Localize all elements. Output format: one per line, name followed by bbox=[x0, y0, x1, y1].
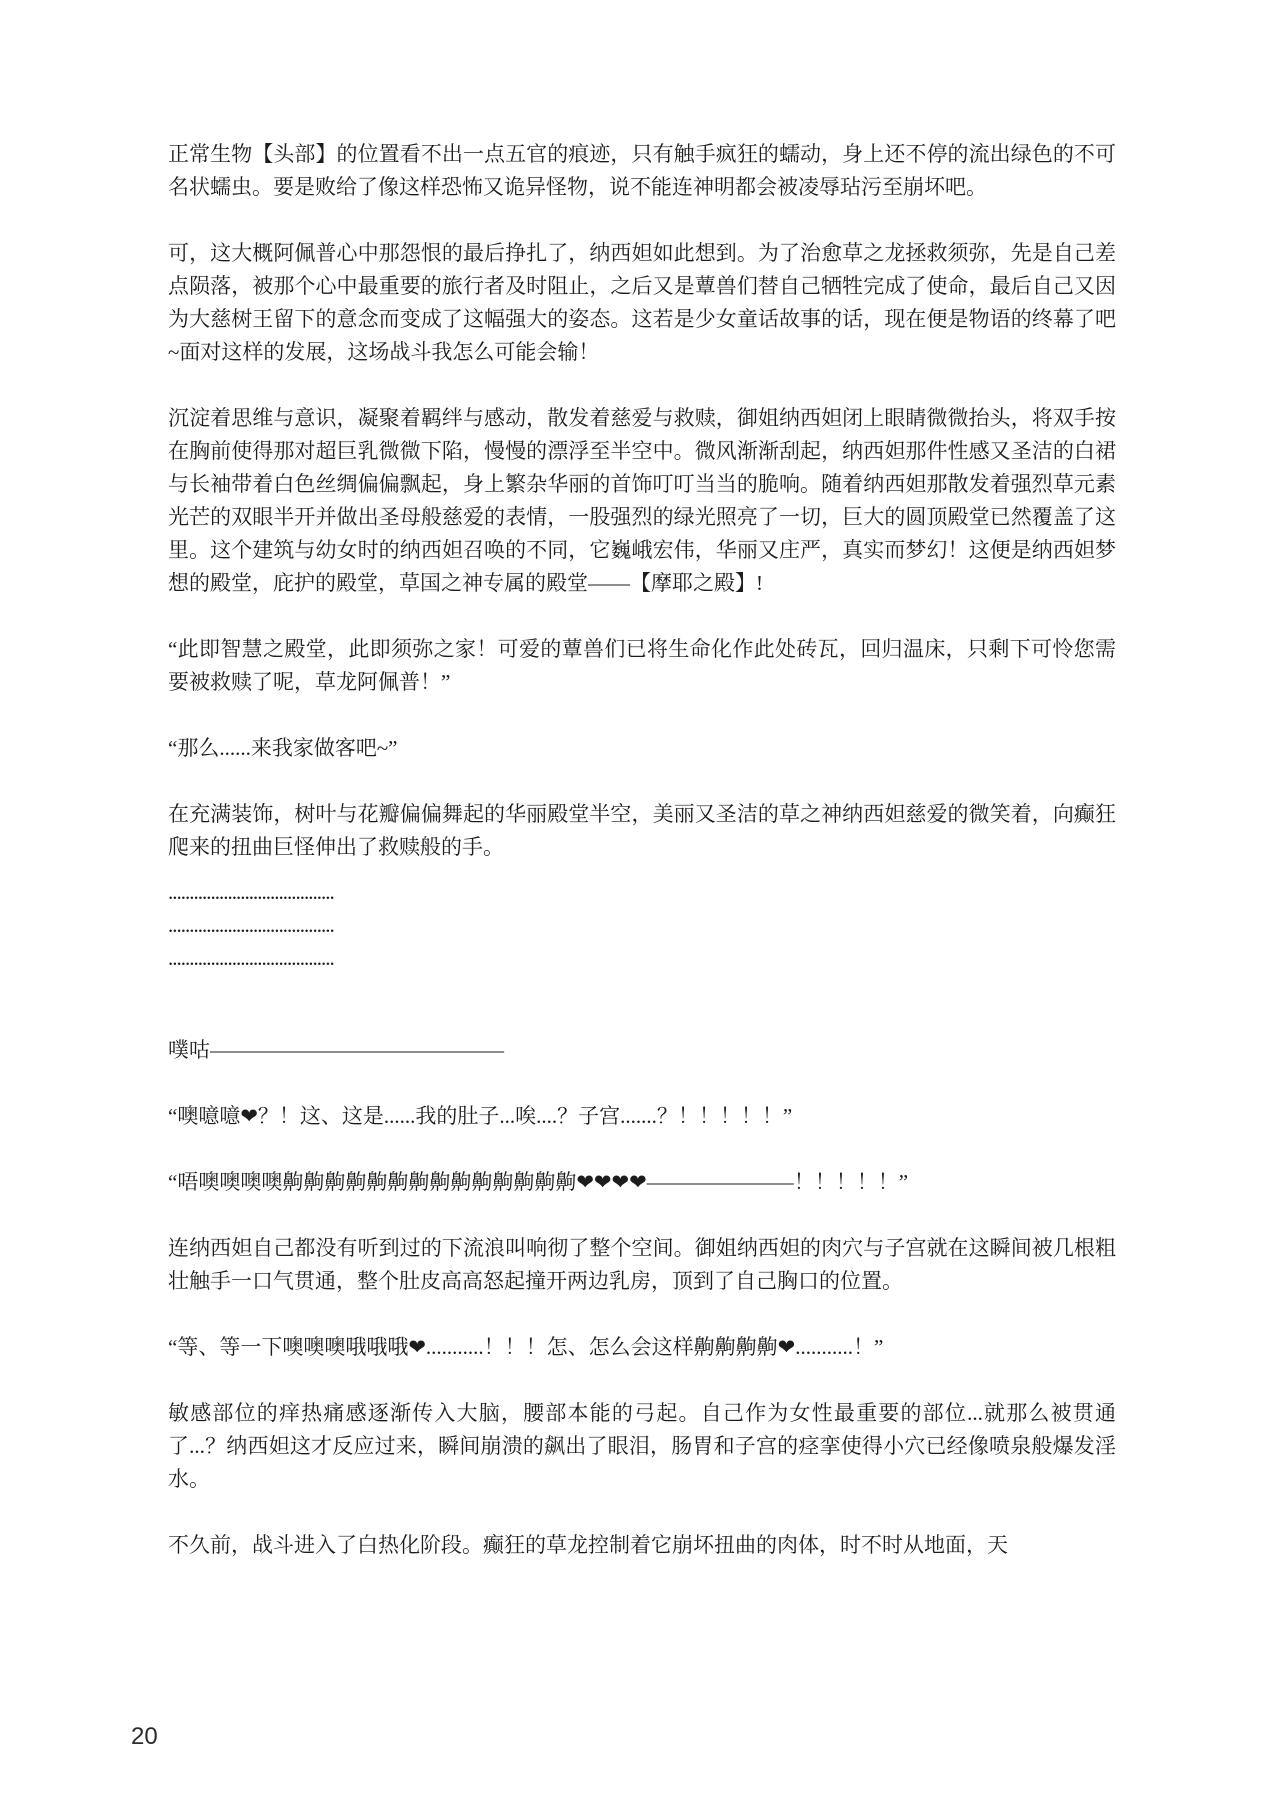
paragraph: “噢噫噫❤？！这、这是......我的肚子...唉....？子宫.......？… bbox=[168, 1100, 1116, 1133]
paragraph: “等、等一下噢噢噢哦哦哦❤...........！！！怎、怎么会这样齁齁齁齁❤.… bbox=[168, 1331, 1116, 1364]
paragraph: 连纳西妲自己都没有听到过的下流浪叫响彻了整个空间。御姐纳西妲的肉穴与子宫就在这瞬… bbox=[168, 1232, 1116, 1298]
document-body: 正常生物【头部】的位置看不出一点五官的痕迹，只有触手疯狂的蠕动，身上还不停的流出… bbox=[168, 138, 1116, 1562]
paragraph: 敏感部位的痒热痛感逐渐传入大脑，腰部本能的弓起。自己作为女性最重要的部位...就… bbox=[168, 1397, 1116, 1496]
paragraph: 不久前，战斗进入了白热化阶段。癫狂的草龙控制着它崩坏扭曲的肉体，时不时从地面，天 bbox=[168, 1529, 1116, 1562]
paragraph: ....................................... bbox=[168, 942, 1116, 975]
paragraph: ....................................... bbox=[168, 876, 1116, 909]
paragraph: “那么......来我家做客吧~” bbox=[168, 732, 1116, 765]
paragraph: “唔噢噢噢噢齁齁齁齁齁齁齁齁齁齁齁齁齁齁❤❤❤❤———————！！！！！” bbox=[168, 1166, 1116, 1199]
paragraph: “此即智慧之殿堂，此即须弥之家！可爱的蕈兽们已将生命化作此处砖瓦，回归温床，只剩… bbox=[168, 633, 1116, 699]
paragraph: 可，这大概阿佩普心中那怨恨的最后挣扎了，纳西妲如此想到。为了治愈草之龙拯救须弥，… bbox=[168, 237, 1116, 369]
paragraph: ....................................... bbox=[168, 909, 1116, 942]
paragraph: 正常生物【头部】的位置看不出一点五官的痕迹，只有触手疯狂的蠕动，身上还不停的流出… bbox=[168, 138, 1116, 204]
page-number-label: 20 bbox=[131, 1722, 158, 1752]
paragraph: 沉淀着思维与意识，凝聚着羁绊与感动，散发着慈爱与救赎，御姐纳西妲闭上眼睛微微抬头… bbox=[168, 402, 1116, 600]
paragraph: 在充满装饰，树叶与花瓣偏偏舞起的华丽殿堂半空，美丽又圣洁的草之神纳西妲慈爱的微笑… bbox=[168, 798, 1116, 864]
document-page: 正常生物【头部】的位置看不出一点五官的痕迹，只有触手疯狂的蠕动，身上还不停的流出… bbox=[0, 0, 1280, 1810]
paragraph: 噗咕—————————————— bbox=[168, 1034, 1116, 1067]
